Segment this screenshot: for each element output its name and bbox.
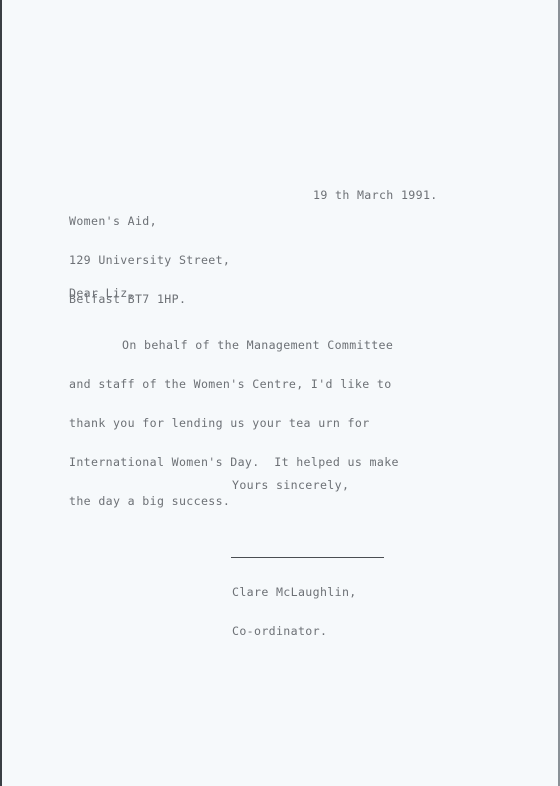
address-line: 129 University Street, bbox=[69, 254, 230, 267]
signatory-name: Clare McLaughlin, bbox=[232, 586, 357, 599]
sender-address: Women's Aid, 129 University Street, Belf… bbox=[69, 189, 230, 332]
body-line: the day a big success. bbox=[69, 495, 399, 508]
signature-line bbox=[231, 557, 384, 558]
closing: Yours sincerely, bbox=[232, 479, 349, 492]
letter-date: 19 th March 1991. bbox=[313, 189, 438, 202]
salutation: Dear Liz, bbox=[69, 287, 135, 300]
address-line: Women's Aid, bbox=[69, 215, 230, 228]
signature-block: Clare McLaughlin, Co-ordinator. bbox=[232, 560, 357, 664]
signatory-title: Co-ordinator. bbox=[232, 625, 357, 638]
body-line: and staff of the Women's Centre, I'd lik… bbox=[69, 378, 399, 391]
letter-page: Women's Aid, 129 University Street, Belf… bbox=[0, 0, 560, 786]
body-line: International Women's Day. It helped us … bbox=[69, 456, 399, 469]
letter-body: On behalf of the Management Committee an… bbox=[69, 313, 399, 534]
body-line: thank you for lending us your tea urn fo… bbox=[69, 417, 399, 430]
body-line: On behalf of the Management Committee bbox=[69, 339, 399, 352]
